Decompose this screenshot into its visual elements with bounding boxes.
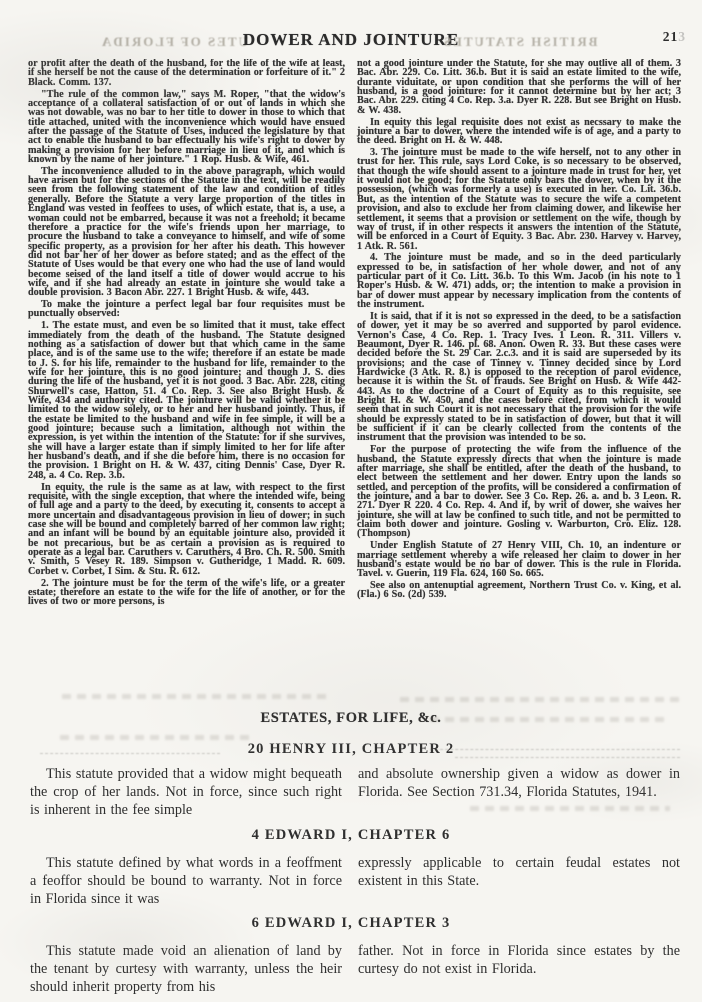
paragraph: not a good jointure under the Statute, f…	[357, 59, 681, 115]
paragraph: It is said, that if it is not so express…	[357, 312, 681, 443]
paragraph: See also on antenuptial agreement, North…	[357, 581, 681, 600]
paragraph: Under English Statute of 27 Henry VIII, …	[357, 541, 681, 578]
dower-jointure-body: or profit after the death of the husband…	[0, 59, 702, 703]
page-number: 213	[663, 29, 686, 45]
chapter-heading: 20 HENRY III, CHAPTER 2	[0, 741, 702, 758]
paragraph: 4. The jointure must be made, and so in …	[357, 253, 681, 309]
paragraph: To make the jointure a perfect legal bar…	[28, 300, 345, 319]
right-column: not a good jointure under the Statute, f…	[357, 59, 681, 602]
section-6-edward-i: 6 EDWARD I, CHAPTER 3 This statute made …	[0, 915, 702, 932]
section-right-text: expressly applicable to certain feudal e…	[358, 854, 680, 890]
paragraph: In equity, the rule is the same as at la…	[28, 483, 345, 576]
section-right-text: and absolute ownership given a widow as …	[358, 765, 680, 801]
paragraph: "The rule of the common law," says M. Ro…	[28, 90, 345, 165]
section-title: ESTATES, FOR LIFE, &c.	[0, 710, 702, 727]
chapter-heading: 4 EDWARD I, CHAPTER 6	[0, 827, 702, 844]
section-left-text: This statute provided that a widow might…	[30, 765, 342, 819]
section-left-text: This statute defined by what words in a …	[30, 854, 342, 908]
bleed-through-text-right: BRITISH STATUTES	[442, 34, 597, 50]
section-4-edward-i: 4 EDWARD I, CHAPTER 6 This statute defin…	[0, 827, 702, 844]
paragraph: In equity this legal requisite does not …	[357, 118, 681, 146]
paragraph: 1. The estate must, and even be so limit…	[28, 321, 345, 480]
left-column: or profit after the death of the husband…	[28, 59, 345, 609]
section-right-text: father. Not in force in Florida since es…	[358, 942, 680, 978]
paragraph: The inconvenience alluded to in the abov…	[28, 167, 345, 298]
paragraph: 3. The jointure must be made to the wife…	[357, 148, 681, 251]
page-number-faint-digit: 3	[678, 29, 686, 44]
chapter-heading: 6 EDWARD I, CHAPTER 3	[0, 915, 702, 932]
section-left-text: This statute made void an alienation of …	[30, 942, 342, 996]
section-estates-for-life: ESTATES, FOR LIFE, &c. 20 HENRY III, CHA…	[0, 710, 702, 758]
page-header: UTES OF FLORIDA DOWER AND JOINTURE BRITI…	[0, 26, 702, 56]
paragraph: or profit after the death of the husband…	[28, 59, 345, 87]
bleed-smudge	[470, 806, 670, 811]
paragraph: For the purpose of protecting the wife f…	[357, 445, 681, 538]
page-number-digits: 21	[663, 29, 679, 44]
paragraph: 2. The jointure must be for the term of …	[28, 579, 345, 607]
